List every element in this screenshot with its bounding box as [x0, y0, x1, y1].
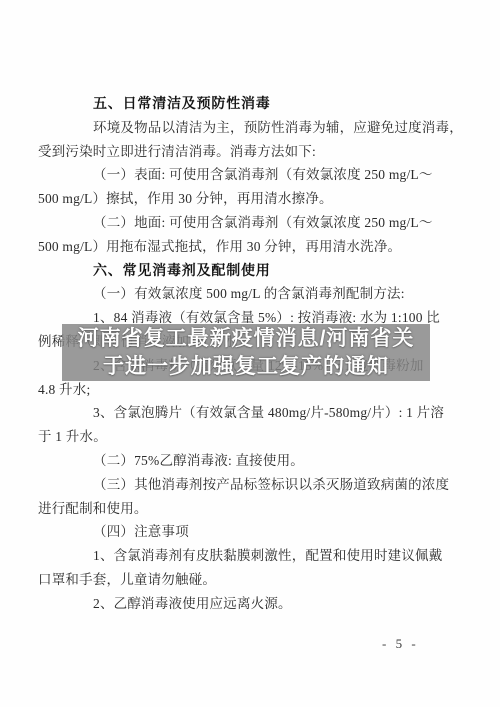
document-line: 500 mg/L）用拖布湿式拖拭，作用 30 分钟，再用清水洗净。: [38, 235, 462, 259]
document-line: （一）有效氯浓度 500 mg/L 的含氯消毒剂配制方法:: [38, 282, 462, 306]
document-line: 3、含氯泡腾片（有效氯含量 480mg/片-580mg/片）: 1 片溶: [38, 401, 462, 425]
document-line: （三）其他消毒剂按产品标签标识以杀灭肠道致病菌的浓度: [38, 473, 462, 497]
document-line: 于 1 升水。: [38, 425, 462, 449]
document-line: （一）表面: 可使用含氯消毒剂（有效氯浓度 250 mg/L～: [38, 163, 462, 187]
scanned-document-page: 五、日常清洁及预防性消毒环境及物品以清洁为主，预防性消毒为辅，应避免过度消毒，受…: [0, 0, 500, 707]
headline-line-2: 于进一步加强复工复产的通知: [103, 353, 389, 381]
document-line: 环境及物品以清洁为主，预防性消毒为辅，应避免过度消毒，: [38, 116, 462, 140]
document-line: 口罩和手套，儿童请勿触碰。: [38, 568, 462, 592]
headline-overlay: 河南省复工最新疫情消息/河南省关 于进一步加强复工复产的通知: [62, 324, 430, 381]
document-line: （四）注意事项: [38, 520, 462, 544]
headline-line-1: 河南省复工最新疫情消息/河南省关: [78, 325, 415, 353]
document-line: 4.8 升水;: [38, 378, 462, 402]
document-line: 500 mg/L）擦拭，作用 30 分钟，再用清水擦净。: [38, 187, 462, 211]
document-line: （二）75%乙醇消毒液: 直接使用。: [38, 449, 462, 473]
document-line: 受到污染时立即进行清洁消毒。消毒方法如下:: [38, 140, 462, 164]
document-heading-line: 五、日常清洁及预防性消毒: [38, 92, 462, 116]
document-line: 进行配制和使用。: [38, 497, 462, 521]
document-line: （二）地面: 可使用含氯消毒剂（有效氯浓度 250 mg/L～: [38, 211, 462, 235]
document-heading-line: 六、常见消毒剂及配制使用: [38, 259, 462, 283]
document-line: 2、乙醇消毒液使用应远离火源。: [38, 592, 462, 616]
document-line: 1、含氯消毒剂有皮肤黏膜刺激性，配置和使用时建议佩戴: [38, 544, 462, 568]
page-number: - 5 -: [382, 636, 419, 652]
